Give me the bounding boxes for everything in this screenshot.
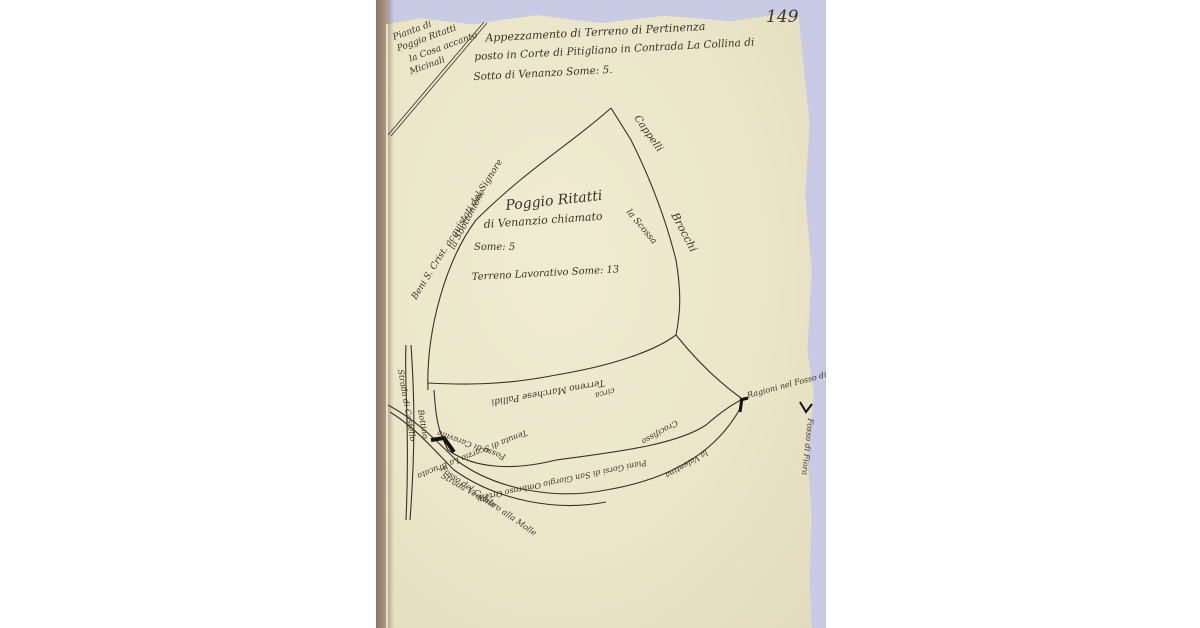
svg-text:Strada di Castello: Strada di Castello: [396, 369, 418, 442]
parcel-subtitle: di Venanzio chiamato: [483, 210, 603, 231]
parcel-area: Some: 5: [474, 242, 515, 253]
parcel-land-type: Terreno Lavorativo Some: 13: [472, 264, 620, 283]
svg-text:la Valentina: la Valentina: [663, 448, 709, 480]
svg-text:Sotto di Venanzo Some: 5.: Sotto di Venanzo Some: 5.: [473, 64, 613, 83]
map-drawing: 149 Pianta di Poggio Ritatti la Cosa acc…: [376, 0, 826, 628]
ink-mark-far-east: [800, 402, 812, 412]
heading: Appezzamento di Terreno di Pertinenza po…: [471, 17, 756, 83]
svg-text:Terreno Marchese Pallidi: Terreno Marchese Pallidi: [490, 377, 605, 407]
page-number: 149: [766, 7, 799, 27]
svg-text:Fosso di Fiora: Fosso di Fiora: [800, 417, 815, 476]
svg-text:Ragioni nel Fosso di Nassino: Ragioni nel Fosso di Nassino: [745, 361, 826, 400]
margin-note: Pianta di Poggio Ritatti la Cosa accanto…: [391, 6, 484, 79]
svg-text:Piani Gorsi di San Giorgio Omb: Piani Gorsi di San Giorgio Ombroso Ortel…: [476, 458, 649, 503]
manuscript-scan: 149 Pianta di Poggio Ritatti la Cosa acc…: [376, 0, 826, 628]
ink-mark-east: [740, 398, 748, 412]
svg-text:la Scossa: la Scossa: [624, 208, 659, 247]
svg-text:Bottino: Bottino: [416, 408, 430, 440]
svg-text:Tenuta di Scarzio La Brucata: Tenuta di Scarzio La Brucata: [416, 428, 529, 481]
svg-text:Cappelli: Cappelli: [632, 113, 665, 154]
svg-text:Crocifisso: Crocifisso: [640, 418, 679, 446]
